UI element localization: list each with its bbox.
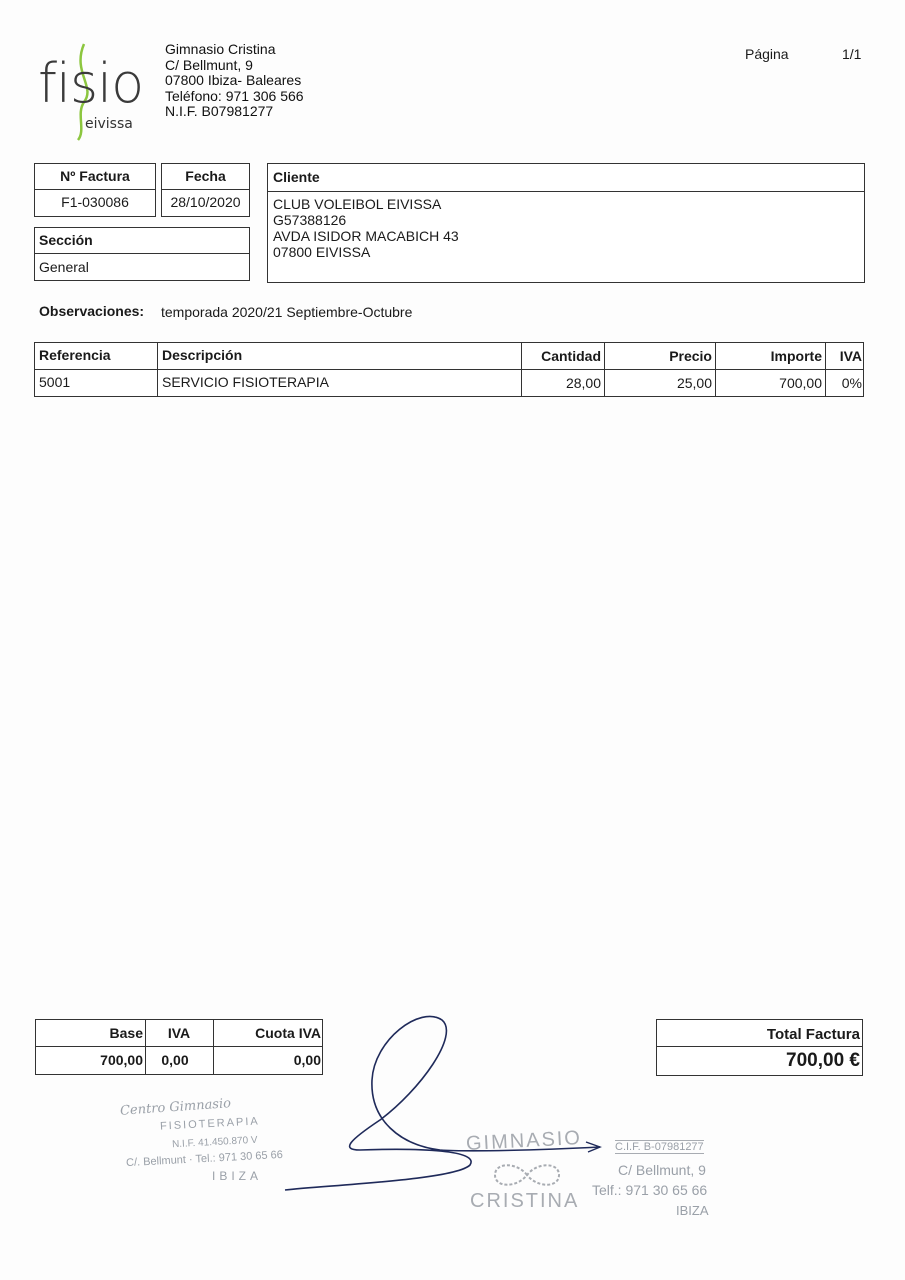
invoice-number-label: Nº Factura <box>35 168 155 184</box>
iva-value: 0,00 <box>145 1052 205 1068</box>
stamp-left-line2: FISIOTERAPIA <box>160 1115 260 1132</box>
stamp-left-line3: N.I.F. 41.450.870 V <box>172 1135 258 1150</box>
logo-text: fisio <box>38 52 143 115</box>
column-header-description: Descripción <box>162 347 242 363</box>
stamp-infinity-icon <box>487 1160 567 1190</box>
observations-label: Observaciones: <box>39 303 144 319</box>
column-header-reference: Referencia <box>39 347 111 363</box>
client-address: AVDA ISIDOR MACABICH 43 <box>273 228 459 244</box>
stamp-right-cif: C.I.F. B-07981277 <box>615 1140 704 1154</box>
row-quantity: 28,00 <box>521 375 601 391</box>
stamp-left-line1: Centro Gimnasio <box>120 1096 232 1119</box>
stamp-right-phone: Telf.: 971 30 65 66 <box>592 1182 707 1198</box>
page-label: Página <box>745 46 789 62</box>
total-label: Total Factura <box>767 1026 860 1043</box>
client-box: Cliente CLUB VOLEIBOL EIVISSA G57388126 … <box>267 163 865 283</box>
row-description: SERVICIO FISIOTERAPIA <box>162 374 329 390</box>
column-header-amount: Importe <box>715 348 822 364</box>
invoice-number: F1-030086 <box>35 194 155 210</box>
client-name: CLUB VOLEIBOL EIVISSA <box>273 196 441 212</box>
invoice-date-box: Fecha 28/10/2020 <box>161 163 250 217</box>
company-info: Gimnasio Cristina C/ Bellmunt, 9 07800 I… <box>165 42 304 120</box>
row-iva: 0% <box>825 375 862 391</box>
tax-summary-table: Base IVA Cuota IVA 700,00 0,00 0,00 <box>35 1019 323 1075</box>
cuota-iva-label: Cuota IVA <box>213 1025 321 1041</box>
base-label: Base <box>36 1025 143 1041</box>
line-items-table: Referencia Descripción Cantidad Precio I… <box>34 342 864 397</box>
invoice-date: 28/10/2020 <box>162 194 249 210</box>
column-header-iva: IVA <box>825 348 862 364</box>
stamp-right-title: GIMNASIO <box>465 1127 582 1156</box>
total-box: Total Factura 700,00 € <box>656 1019 863 1076</box>
invoice-number-box: Nº Factura F1-030086 <box>34 163 156 217</box>
stamp-right-subtitle: CRISTINA <box>470 1190 579 1213</box>
observations-value: temporada 2020/21 Septiembre-Octubre <box>161 304 412 320</box>
client-label: Cliente <box>273 169 320 185</box>
page-number: 1/1 <box>842 46 861 62</box>
base-value: 700,00 <box>36 1052 143 1068</box>
stamp-right-address: C/ Bellmunt, 9 <box>618 1162 706 1178</box>
stamp-left-line5: IBIZA <box>212 1169 262 1183</box>
company-address: C/ Bellmunt, 9 <box>165 58 304 74</box>
row-price: 25,00 <box>604 375 712 391</box>
stamp-left-line4: C/. Bellmunt · Tel.: 971 30 65 66 <box>126 1149 283 1169</box>
company-nif: N.I.F. B07981277 <box>165 104 304 120</box>
client-tax-id: G57388126 <box>273 212 346 228</box>
row-amount: 700,00 <box>715 375 822 391</box>
logo-subtext: eivissa <box>85 116 133 132</box>
section-box: Sección General <box>34 227 250 281</box>
client-city: 07800 EIVISSA <box>273 244 370 260</box>
iva-label: IVA <box>145 1025 213 1041</box>
invoice-date-label: Fecha <box>162 168 249 184</box>
company-name: Gimnasio Cristina <box>165 42 304 58</box>
total-value: 700,00 € <box>786 1050 860 1072</box>
company-city: 07800 Ibiza- Baleares <box>165 73 304 89</box>
row-reference: 5001 <box>39 374 70 390</box>
company-phone: Teléfono: 971 306 566 <box>165 89 304 105</box>
stamp-right-city: IBIZA <box>676 1203 709 1218</box>
column-header-quantity: Cantidad <box>521 348 601 364</box>
cuota-iva-value: 0,00 <box>213 1052 321 1068</box>
section-value: General <box>39 259 89 275</box>
section-label: Sección <box>39 232 93 248</box>
column-header-price: Precio <box>604 348 712 364</box>
